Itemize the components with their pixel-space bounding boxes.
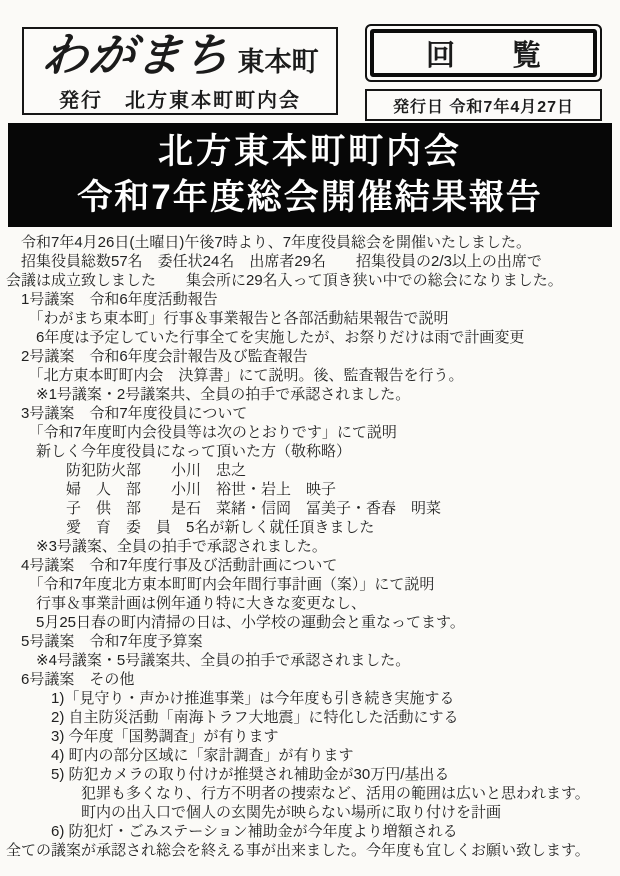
body-line: 「令和7年度町内会役員等は次のとおりです」にて説明 <box>6 423 618 442</box>
body-line: ※4号議案・5号議案共、全員の拍手で承認されました。 <box>6 651 618 670</box>
body-line: 町内の出入口で個人の玄関先が映らない場所に取り付けを計画 <box>6 803 618 822</box>
body-line: 1号議案 令和6年度活動報告 <box>6 290 618 309</box>
body-line: 「北方東本町町内会 決算書」にて説明。後、監査報告を行う。 <box>6 366 618 385</box>
body-line: 3号議案 令和7年度役員について <box>6 404 618 423</box>
body-line: 6号議案 その他 <box>6 670 618 689</box>
body-line: 「令和7年度北方東本町町内会年間行事計画（案）」にて説明 <box>6 575 618 594</box>
body-line: 5号議案 令和7年度予算案 <box>6 632 618 651</box>
body-line: 6) 防犯灯・ごみステーション補助金が今年度より増額される <box>6 822 618 841</box>
body-line: 6年度は予定していた行事全てを実施したが、お祭りだけは雨で計画変更 <box>6 328 618 347</box>
newsletter-title: わがまち <box>39 32 232 78</box>
body-line: 会議は成立致しました 集会所に29名入って頂き狭い中での総会になりました。 <box>6 271 618 290</box>
body-line: 5月25日春の町内清掃の日は、小学校の運動会と重なってます。 <box>6 613 618 632</box>
banner-report-title: 令和7年度総会開催結果報告 <box>77 175 542 221</box>
body-line: 愛 育 委 員 5名が新しく就任頂きました <box>6 518 618 537</box>
body-line: 4) 町内の部分区域に「家計調査」が有ります <box>6 746 618 765</box>
newsletter-subtitle: 東本町 <box>238 49 319 76</box>
body-line: 4号議案 令和7年度行事及び活動計画について <box>6 556 618 575</box>
body-line: 行事＆事業計画は例年通り特に大きな変更なし、 <box>6 594 618 613</box>
issue-date-box: 発行日 令和7年4月27日 <box>365 89 602 121</box>
body-line: 子 供 部 是石 菜緒・信岡 冨美子・香春 明菜 <box>6 499 618 518</box>
body-line: 5) 防犯カメラの取り付けが推奨され補助金が30万円/基出る <box>6 765 618 784</box>
body-line: 新しく今年度役員になって頂いた方（敬称略） <box>6 442 618 461</box>
body-line: 1)「見守り・声かけ推進事業」は今年度も引き続き実施する <box>6 689 618 708</box>
body-line: 3) 今年度「国勢調査」が有ります <box>6 727 618 746</box>
body-line: ※1号議案・2号議案共、全員の拍手で承認されました。 <box>6 385 618 404</box>
masthead-title-row: わがまち 東本町 <box>42 32 319 78</box>
kairan-label: 回 覧 <box>370 29 597 77</box>
body-text: 令和7年4月26日(土曜日)午後7時より、7年度役員総会を開催いたしました。 招… <box>6 233 618 860</box>
issue-date-text: 発行日 令和7年4月27日 <box>393 94 574 117</box>
body-line: 犯罪も多くなり、行方不明者の捜索など、活用の範囲は広いと思われます。 <box>6 784 618 803</box>
scanned-circular-page: わがまち 東本町 発行 北方東本町町内会 回 覧 発行日 令和7年4月27日 北… <box>0 0 620 876</box>
body-line: 招集役員総数57名 委任状24名 出席者29名 招集役員の2/3以上の出席で <box>6 252 618 271</box>
title-banner: 北方東本町町内会 令和7年度総会開催結果報告 <box>8 123 612 227</box>
body-line: 「わがまち東本町」行事＆事業報告と各部活動結果報告で説明 <box>6 309 618 328</box>
body-line: 2) 自主防災活動「南海トラフ大地震」に特化した活動にする <box>6 708 618 727</box>
kairan-stamp-box: 回 覧 <box>365 24 602 82</box>
body-line: 防犯防火部 小川 忠之 <box>6 461 618 480</box>
body-line: 婦 人 部 小川 裕世・岩上 映子 <box>6 480 618 499</box>
banner-association-name: 北方東本町町内会 <box>158 129 462 175</box>
body-line: 令和7年4月26日(土曜日)午後7時より、7年度役員総会を開催いたしました。 <box>6 233 618 252</box>
publisher-line: 発行 北方東本町町内会 <box>59 84 301 113</box>
body-line: 全ての議案が承認され総会を終える事が出来ました。今年度も宜しくお願い致します。 <box>6 841 618 860</box>
body-line: ※3号議案、全員の拍手で承認されました。 <box>6 537 618 556</box>
masthead-box: わがまち 東本町 発行 北方東本町町内会 <box>22 27 338 115</box>
body-line: 2号議案 令和6年度会計報告及び監査報告 <box>6 347 618 366</box>
